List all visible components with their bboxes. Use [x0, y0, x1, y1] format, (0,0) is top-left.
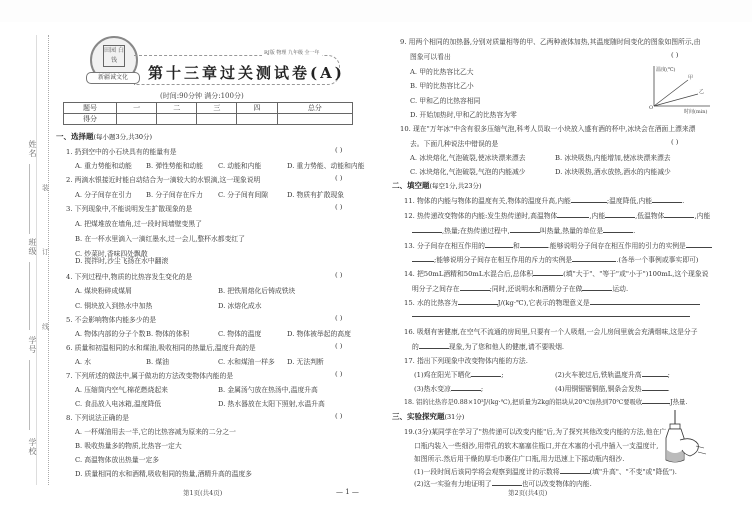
fill-blank[interactable]	[533, 269, 563, 276]
option-a: A. 煤块粉碎成煤屑	[75, 285, 132, 295]
option-b: B. 物体的体积	[146, 328, 189, 338]
fill-blank[interactable]	[664, 211, 694, 218]
q-text: 11. 物体的内能与物体的温度有关,物体的温度升高,内能	[404, 197, 571, 205]
q-text: ;温度降低,内能	[607, 197, 652, 205]
q-text: (2)这一实验有力地证明了	[414, 480, 492, 488]
answer-paren[interactable]: ( )	[335, 271, 342, 279]
q-text: (填"大于"、"等于"或"小于")100mL,这个现象说	[563, 270, 708, 278]
class-label: 班级	[22, 238, 38, 256]
q-text: ,内能	[694, 212, 710, 220]
q-text: 18. 铝的比热容是0.88×10³J/(kg·℃),把质量为2kg的铝块从20…	[404, 399, 642, 406]
graph-origin: O	[649, 105, 653, 111]
fill-blank[interactable]	[485, 241, 513, 248]
number-label: 学号	[22, 336, 38, 354]
section-note: (31分)	[445, 413, 465, 421]
fill-blank[interactable]	[605, 211, 635, 218]
fill-blank[interactable]	[642, 397, 670, 404]
question-19-1: (1)一段时间后该同学将会观察到温度计的示数将(填"升高"、"不变"或"降低")…	[414, 466, 677, 476]
option-b: B. 吸收热量多的物质,比热容一定大	[75, 440, 182, 450]
q-text: 15. 水的比热容为	[404, 299, 458, 307]
score-cell: 二	[157, 103, 197, 114]
fill-blank[interactable]	[419, 342, 449, 349]
score-cell: 得分	[64, 114, 117, 125]
option-d: D. 冰块吸热,酒水放热,酒水的内能减少	[555, 166, 671, 176]
question-5: 5. 不会影响物体内能多少的是	[66, 314, 156, 324]
fill-blank[interactable]	[557, 211, 589, 218]
q-text: (4)用铜锯锯铜筋,铜条会发热	[555, 385, 642, 393]
section-3-heading: 三、实验探究题(31分)	[392, 411, 464, 422]
center-page-mark: — 1 —	[336, 488, 359, 496]
binding-line	[48, 35, 49, 485]
q-text: ,热量;在热传递过程中,	[442, 227, 510, 235]
name-label: 姓名	[22, 140, 38, 158]
q-text: J/(kg·℃),它表示的物理意义是	[498, 299, 590, 307]
q-text: 14. 把50mL酒精和50mL水混合后,总体积	[404, 270, 533, 278]
fill-blank[interactable]	[686, 241, 712, 248]
binding-char-xian: 线	[42, 322, 49, 332]
option-d: D. 物质有扩散现象	[287, 189, 344, 199]
fill-blank[interactable]	[451, 384, 481, 391]
question-13: 13. 分子间存在相互作用的和.能够说明分子间存在相互作用的引力的实例是	[404, 240, 712, 250]
score-cell: 四	[237, 103, 277, 114]
option-d: D. 开始加热时,甲和乙的比热容为零	[410, 109, 517, 119]
fill-blank[interactable]	[412, 226, 442, 233]
question-3: 3. 下列现象中,不能说明发生扩散现象的是	[66, 203, 192, 213]
option-b: B. 分子间存在斥力	[146, 189, 203, 199]
option-a: A. 一杯煤油用去一半,它的比热容减为原来的二分之一	[75, 426, 236, 436]
option-c: C. 物体的温度	[218, 328, 261, 338]
answer-paren[interactable]: ( )	[335, 203, 342, 211]
question-19-2: (2)这一实验有力地证明了也可以改变物体的内能.	[414, 478, 592, 488]
graph-line-b-label: 乙	[699, 88, 704, 95]
q-text: 13. 分子间存在相互作用的	[404, 242, 485, 250]
binding-char-zhuang: 装	[42, 183, 49, 193]
option-a: A. 物体内部的分子个数	[75, 328, 145, 338]
q-text: 也可以改变物体的内能.	[522, 480, 592, 488]
option-a: A. 甲的比热容比乙大	[410, 66, 474, 76]
question-19-cont: 口瓶内装入一些细沙,用带孔的软木塞塞住瓶口,并在木塞的小孔中插入一支温度计,	[414, 440, 658, 450]
top-band	[0, 0, 752, 22]
answer-paren[interactable]: ( )	[335, 146, 342, 154]
option-a: A. 水	[75, 356, 91, 366]
fill-blank[interactable]	[492, 479, 522, 486]
score-input-cell[interactable]	[277, 114, 352, 125]
q-text: ;	[481, 385, 483, 393]
question-19: 19.(3分)某同学在学习了"热传递可以改变内能"后,为了探究其他改变内能的方法…	[404, 426, 666, 436]
q-text: .	[668, 385, 670, 393]
question-16: 16. 吸烟有害健康,在空气不流通的房间里,只要有一个人吸烟,一会儿房间里就会充…	[404, 326, 698, 336]
answer-paren[interactable]: ( )	[335, 314, 342, 322]
option-d: D. 冰熔化成水	[218, 300, 262, 310]
fill-blank[interactable]	[572, 255, 616, 262]
fill-blank[interactable]	[520, 241, 548, 248]
question-8: 8. 下列说法正确的是	[66, 412, 129, 422]
exam-time-score: (时间:90分钟 满分:100分)	[160, 91, 244, 101]
question-9-cont: 图象可以看出	[410, 51, 451, 61]
question-17: 17. 指出下列现象中改变物体内能的方法.	[404, 355, 528, 365]
fill-blank[interactable]	[458, 298, 498, 305]
question-2: 2. 两滴水银接近时能自动结合为一滴较大的水银滴,这一现象说明	[66, 174, 260, 184]
graph-line-a-label: 甲	[688, 74, 693, 81]
q-text: 12. 热传递改变物体的内能:发生热传递时,高温物体	[404, 212, 557, 220]
fill-blank[interactable]	[460, 284, 490, 291]
answer-paren[interactable]: ( )	[335, 174, 342, 182]
score-table-header-row: 题号 一 二 三 四 总分	[64, 103, 353, 114]
option-b: B. 在一杯水里滴入一滴红墨水,过一会儿,整杯水都变红了	[75, 233, 245, 243]
option-c: C. 甲和乙的比热容相同	[410, 95, 480, 105]
option-b: B. 甲的比热容比乙小	[410, 80, 474, 90]
fill-blank[interactable]	[571, 196, 607, 203]
score-table-score-row: 得分	[64, 114, 353, 125]
q-text: ;	[501, 371, 503, 379]
exam-page: 姓名 班级 学号 学校 装 订 线 田园 白钱 新疆诚文化 RJ版 物理 九年级…	[0, 0, 752, 522]
q-text: 明分子之间存在	[412, 285, 460, 293]
score-cell: 一	[117, 103, 157, 114]
exam-title: 第十三章过关测试卷(A)	[148, 62, 345, 83]
fill-blank[interactable]	[510, 226, 540, 233]
question-16-cont: 的现象,为了您和他人的健康,请不要吸烟.	[412, 341, 564, 351]
question-11: 11. 物体的内能与物体的温度有关,物体的温度升高,内能;温度降低,内能.	[404, 195, 684, 205]
question-13-cont: ;能够说明分子间存在相互作用的斥力的实例是.(各举一个事例或事实即可)	[412, 254, 698, 264]
logo-text: 田园 白钱	[103, 45, 125, 67]
score-cell: 三	[197, 103, 237, 114]
option-d: D. 物体被举起的高度	[287, 328, 351, 338]
q-text: 叫热量,热量的单位是	[540, 227, 603, 235]
q-text: 的	[412, 343, 419, 351]
option-c: C. 分子间有间隙	[218, 189, 268, 199]
option-d: D. 质量相同的水和酒精,吸收相同的热量,酒精升高的温度多	[75, 468, 252, 478]
q-text: ,内能	[589, 212, 605, 220]
section-2-heading: 二、填空题(每空1分,共23分)	[392, 180, 482, 191]
question-14: 14. 把50mL酒精和50mL水混合后,总体积(填"大于"、"等于"或"小于"…	[404, 268, 708, 278]
temperature-time-graph: 温度(℃) 甲 乙 O 时间(min)	[648, 62, 712, 114]
score-cell: 题号	[64, 103, 117, 114]
option-c: C. 动能和内能	[218, 160, 261, 170]
q-text: ;同时,还说明水和酒精分子在做	[490, 285, 583, 293]
q-text: ;	[668, 371, 670, 379]
left-page-number: 第1页(共4页)	[183, 488, 222, 497]
fill-blank[interactable]	[412, 255, 434, 262]
logo-ribbon: 新疆诚文化	[86, 72, 140, 84]
option-c: C. 铜块放入到热水中加热	[75, 300, 152, 310]
question-17-3: (3)热水变凉;	[414, 383, 483, 393]
score-input-cell[interactable]	[157, 114, 197, 125]
fill-blank[interactable]	[603, 226, 633, 233]
q-text: 运动.	[612, 285, 628, 293]
question-4: 4. 下列过程中,物质的比热容发生变化的是	[66, 271, 192, 281]
fill-blank[interactable]	[471, 370, 501, 377]
score-cell: 总分	[277, 103, 352, 114]
answer-line-15[interactable]	[412, 310, 690, 317]
option-a: A. 冰块熔化,气泡破裂,使冰块漂来漂去	[410, 152, 526, 162]
fill-blank[interactable]	[642, 384, 668, 391]
option-c: C. 水和煤油一样多	[218, 356, 275, 366]
section-title: 一、选择题	[56, 132, 94, 141]
option-a: A. 分子间存在引力	[75, 189, 132, 199]
q-text: 现象,为了您和他人的健康,请不要吸烟.	[449, 343, 564, 351]
question-12: 12. 热传递改变物体的内能:发生热传递时,高温物体,内能,低温物体,内能	[404, 210, 710, 220]
q-text: (1)鸡在阳光下晒化	[414, 371, 471, 379]
fill-blank[interactable]	[582, 284, 612, 291]
question-14-cont: 明分子之间存在;同时,还说明水和酒精分子在做运动.	[412, 283, 628, 293]
option-b: B. 弹性势能和动能	[146, 160, 203, 170]
fill-blank[interactable]	[642, 370, 668, 377]
shaking-bottle-illustration	[660, 410, 720, 470]
class-line[interactable]	[29, 262, 30, 330]
option-c: C. 冰块熔化,气泡破裂,气泡的内能减少	[410, 166, 526, 176]
answer-paren[interactable]: ( )	[335, 370, 342, 378]
question-15: 15. 水的比热容为J/(kg·℃),它表示的物理意义是	[404, 297, 700, 307]
number-line[interactable]	[29, 360, 30, 430]
question-10: 10. 现在"万年冰"中含有很多压缩气泡,科考人员取一小块放入盛有酒的杯中,冰块…	[400, 123, 695, 133]
edition-label: RJ版 物理 九年级 全一年	[262, 49, 322, 56]
student-info-margin: 姓名 班级 学号 学校	[22, 140, 42, 480]
q-text: J热量.	[670, 399, 687, 406]
name-line[interactable]	[29, 164, 30, 234]
question-6: 6. 质量和初温相同的水和煤油,吸收相同的热量后,温度升高的是	[66, 342, 256, 352]
binding-char-ding: 订	[42, 247, 49, 257]
question-10-cont: 去。下面几种说法中错误的是	[410, 138, 498, 148]
q-text: .	[682, 197, 684, 205]
answer-paren[interactable]: ( )	[671, 51, 678, 59]
option-d: D. 重力势能、动能和内能	[287, 160, 365, 170]
answer-paren[interactable]: ( )	[671, 138, 678, 146]
school-label: 学校	[22, 438, 38, 456]
question-9: 9. 用两个相同的加热器,分别对质量相等的甲、乙两种液体加热,其温度随时间变化的…	[400, 36, 701, 46]
q-text: (2)火车驶过后,铁轨温度升高	[555, 371, 642, 379]
q-text: .(各举一个事例或事实即可)	[616, 256, 698, 264]
fill-blank[interactable]	[560, 467, 590, 474]
graph-xlabel: 时间(min)	[684, 108, 708, 114]
q-text: ;能够说明分子间存在相互作用的斥力的实例是	[434, 256, 572, 264]
fill-blank[interactable]	[652, 196, 682, 203]
q-text: .能够说明分子间存在相互作用的引力的实例是	[548, 242, 686, 250]
question-17-2: (2)火车驶过后,铁轨温度升高;	[555, 369, 670, 379]
fill-blank[interactable]	[590, 298, 700, 305]
answer-paren[interactable]: ( )	[335, 342, 342, 350]
option-b: B. 把铁屑熔化后铸成铁块	[218, 285, 295, 295]
option-b: B. 冰块吸热,内能增加,使冰块漂来漂去	[555, 152, 671, 162]
question-12-cont: ,热量;在热传递过程中,叫热量,热量的单位是.	[412, 225, 635, 235]
score-input-cell[interactable]	[197, 114, 237, 125]
option-b: B. 煤油	[146, 356, 169, 366]
score-input-cell[interactable]	[237, 114, 277, 125]
option-c: C. 高温物体放出热量一定多	[75, 454, 159, 464]
option-a: A. 把煤堆放在墙角,过一段时间墙壁变黑了	[75, 218, 202, 228]
section-1-heading: 一、选择题(每小题3分,共30分)	[56, 131, 152, 142]
section-note: (每空1分,共23分)	[430, 182, 482, 190]
section-note: (每小题3分,共30分)	[94, 133, 153, 141]
right-page-number: 第2页(共4页)	[508, 488, 547, 497]
section-title: 二、填空题	[392, 181, 430, 190]
question-19-cont: 如图所示.然后用干燥的厚毛巾裹住广口瓶,用力迅速上下摇动瓶内细沙.	[414, 453, 624, 463]
q-text: ,低温物体	[635, 212, 664, 220]
q-text: .	[633, 227, 635, 235]
question-17-4: (4)用铜锯锯铜筋,铜条会发热.	[555, 383, 670, 393]
score-input-cell[interactable]	[117, 114, 157, 125]
option-d: D. 搅拌时,沙尘飞扬在水中翻滚	[75, 255, 168, 265]
option-a: A. 重力势能和动能	[75, 160, 132, 170]
q-text: (3)热水变凉	[414, 385, 451, 393]
q-text: (1)一段时间后该同学将会观察到温度计的示数将	[414, 468, 560, 476]
question-18: 18. 铝的比热容是0.88×10³J/(kg·℃),把质量为2kg的铝块从20…	[404, 397, 687, 406]
option-c: C. 食品放入电冰箱,温度降低	[75, 398, 161, 408]
section-title: 三、实验探究题	[392, 412, 445, 421]
question-1: 1. 扔到空中的小石块具有的能量有是	[66, 146, 177, 156]
question-17-1-2: (1)鸡在阳光下晒化;	[414, 369, 504, 379]
q-text: 和	[513, 242, 520, 250]
option-b: B. 金属汤勺放在热汤中,温度升高	[218, 384, 318, 394]
option-d: D. 热水器放在太阳下照射,水温升高	[218, 398, 325, 408]
score-table: 题号 一 二 三 四 总分 得分	[63, 102, 353, 125]
option-a: A. 压缩筒内空气,棉花燃烧起来	[75, 384, 168, 394]
option-d: D. 无法判断	[287, 356, 324, 366]
question-7: 7. 下列所述的做法中,属于做功的方法改变物体内能的是	[66, 370, 233, 380]
graph-ylabel: 温度(℃)	[656, 66, 676, 73]
answer-paren[interactable]: ( )	[335, 412, 342, 420]
